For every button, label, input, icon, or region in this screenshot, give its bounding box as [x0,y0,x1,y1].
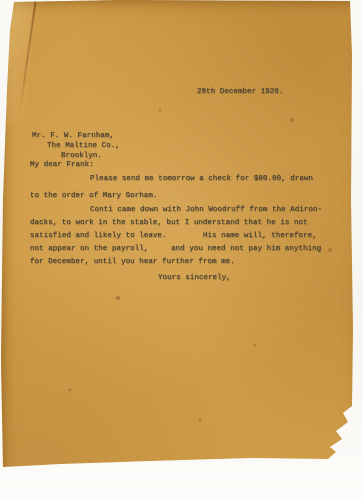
letter-body-line: satisfied and likely to leave. His name … [30,232,317,241]
recipient-name: Mr. F. W. Farnham, [32,132,114,141]
letter-body-line: to the order of Mary Gorham. [30,192,157,201]
letter-body-line: Please send me tomorrow a check for $80.… [90,175,313,184]
scan-background: 28th December 1920. Mr. F. W. Farnham, T… [0,0,363,500]
letter-closing: Yours sincerely, [158,274,231,283]
recipient-company: The Maltine Co., [47,142,120,151]
letter-paper: 28th December 1920. Mr. F. W. Farnham, T… [0,0,363,500]
letter-salutation: My dear Frank: [30,161,94,170]
letter-body-line: for December, until you hear further fro… [30,258,235,267]
recipient-city: Brooklyn. [61,152,102,161]
fold-highlight [0,0,34,127]
letter-date: 28th December 1920. [197,88,283,97]
letter-body-line: Conti came down with John Woodruff from … [90,206,322,215]
letter-body-line: not appear on the payroll, and you need … [30,245,321,254]
letter-body-line: dacks, to work in the stable, but I unde… [30,219,308,228]
